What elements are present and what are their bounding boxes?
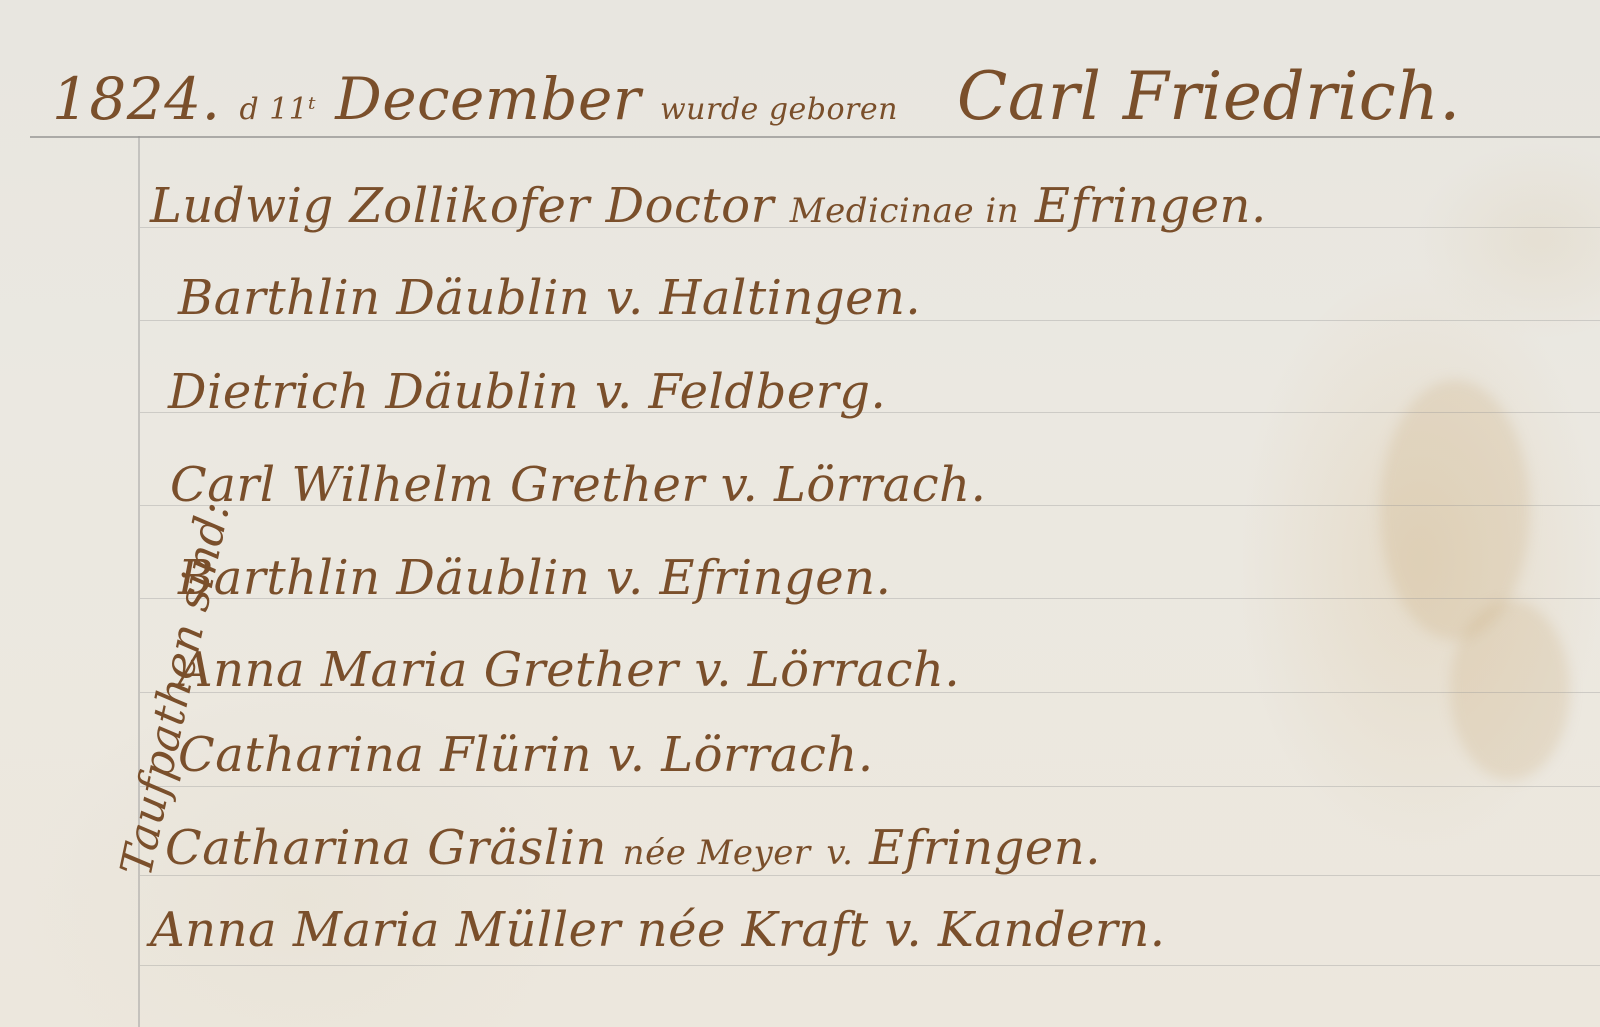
header-child-name: Carl Friedrich. xyxy=(957,58,1461,135)
godparent-entry: Barthlin Däublin v. Efringen. xyxy=(178,548,891,608)
entry-place: Lörrach. xyxy=(661,727,873,783)
entry-qualifier: v. xyxy=(884,902,922,958)
header-month: December xyxy=(335,65,641,133)
entry-detail: Doctor xyxy=(606,178,774,234)
entry-detail: née Meyer xyxy=(623,833,811,873)
godparent-entry: Catharina Flürin v. Lörrach. xyxy=(178,725,874,785)
entry-place: Lörrach. xyxy=(748,642,960,698)
entry-qualifier: v. xyxy=(595,364,633,420)
header-line: 1824. d 11ᵗ December wurde geboren Carl … xyxy=(52,62,1461,145)
entry-name: Barthlin Däublin xyxy=(178,550,590,606)
entry-place: Haltingen. xyxy=(660,270,922,326)
entry-name: Anna Maria Müller xyxy=(150,902,621,958)
entry-place: Efringen. xyxy=(869,820,1101,876)
entry-place: Efringen. xyxy=(660,550,892,606)
entry-name: Anna Maria Grether xyxy=(178,642,679,698)
entry-name: Barthlin Däublin xyxy=(178,270,590,326)
entry-qualifier: v. xyxy=(606,550,644,606)
ruled-line xyxy=(140,786,1600,787)
entry-name: Catharina Gräslin xyxy=(165,820,607,876)
entry-detail: née Kraft xyxy=(637,902,869,958)
godparent-entry: Anna Maria Grether v. Lörrach. xyxy=(178,640,960,700)
margin-rule xyxy=(138,136,140,1027)
godparent-entry: Ludwig Zollikofer Doctor Medicinae in Ef… xyxy=(150,176,1267,241)
entry-place: Lörrach. xyxy=(774,457,986,513)
entry-qualifier: v. xyxy=(608,727,646,783)
entry-qualifier: v. xyxy=(606,270,644,326)
entry-place: Feldberg. xyxy=(648,364,886,420)
godparent-entry: Barthlin Däublin v. Haltingen. xyxy=(178,268,921,328)
entry-place: Efringen. xyxy=(1035,178,1267,234)
entry-name: Ludwig Zollikofer xyxy=(150,178,590,234)
entry-name: Dietrich Däublin xyxy=(168,364,579,420)
header-phrase: wurde geboren xyxy=(660,92,898,127)
entry-qualifier: v. xyxy=(826,833,853,873)
godparent-entry: Carl Wilhelm Grether v. Lörrach. xyxy=(170,455,986,515)
header-year: 1824. xyxy=(52,65,221,133)
ruled-line xyxy=(140,965,1600,966)
godparent-entry: Dietrich Däublin v. Feldberg. xyxy=(168,362,886,422)
entry-qualifier: v. xyxy=(694,642,732,698)
header-day: d 11ᵗ xyxy=(239,92,316,127)
paper-stain xyxy=(1450,600,1570,780)
entry-place: Kandern. xyxy=(938,902,1166,958)
entry-name: Carl Wilhelm Grether xyxy=(170,457,705,513)
register-page: 1824. d 11ᵗ December wurde geboren Carl … xyxy=(0,0,1600,1027)
godparent-entry: Anna Maria Müller née Kraft v. Kandern. xyxy=(150,900,1166,960)
entry-qualifier: v. xyxy=(721,457,759,513)
godparent-entry: Catharina Gräslin née Meyer v. Efringen. xyxy=(165,818,1101,883)
entry-name: Catharina Flürin xyxy=(178,727,592,783)
entry-qualifier: Medicinae in xyxy=(790,191,1019,231)
